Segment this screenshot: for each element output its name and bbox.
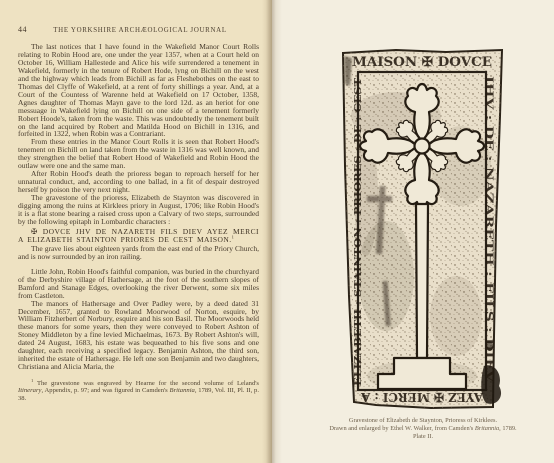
body-text-column: The last notices that I have found in th… [18, 43, 259, 402]
cross-shaft [416, 204, 428, 358]
footnote-italic-itinerary: Itinerary [18, 387, 41, 394]
border-text-left: ELIZABETH : STAINTON : PRIORES : DE : CE… [353, 78, 364, 386]
footnote-text-1: The gravestone was engraved by Hearne fo… [33, 380, 259, 387]
caption-line-2-italic: Britannia [475, 425, 499, 432]
running-head: 44 THE YORKSHIRE ARCHÆOLOGICAL JOURNAL [18, 25, 259, 34]
journal-title: THE YORKSHIRE ARCHÆOLOGICAL JOURNAL [27, 27, 259, 34]
footnote: 1 The gravestone was engraved by Hearne … [18, 380, 259, 402]
paragraph-grave-location: The grave lies about eighteen yards from… [18, 245, 259, 261]
book-spread-scan: 44 THE YORKSHIRE ARCHÆOLOGICAL JOURNAL T… [0, 0, 554, 463]
right-page: MAISON ✠ DOVCE IHV : DE : NAZARETH : FIL… [272, 0, 554, 463]
border-text-top: MAISON ✠ DOVCE [352, 55, 492, 70]
paragraph-wakefield-rolls: The last notices that I have found in th… [18, 43, 259, 138]
caption-line-2-text: Drawn and enlarged by Ethel W. Walker, f… [329, 425, 474, 432]
left-page: 44 THE YORKSHIRE ARCHÆOLOGICAL JOURNAL T… [0, 0, 272, 463]
epitaph-footnote-marker: 1 [232, 234, 235, 239]
caption-line-2-date: , 1789. [499, 425, 516, 432]
page-number: 44 [18, 25, 27, 34]
border-text-bottom: AYEZ ✠ MERCI : A [361, 390, 484, 405]
paragraph-gravestone-found: The gravestone of the prioress, Elizabet… [18, 194, 259, 226]
paragraph-prioress-remorse: After Robin Hood's death the prioress be… [18, 170, 259, 194]
footnote-text-2: , Appendix, p. 97; and was figured in Ca… [41, 387, 169, 394]
gravestone-plate: MAISON ✠ DOVCE IHV : DE : NAZARETH : FIL… [336, 46, 510, 414]
paragraph-entries: From these entries in the Manor Court Ro… [18, 138, 259, 170]
epitaph-text: ✠ DOVCE JHV DE NAZARETH FILS DIEV AYEZ M… [18, 228, 259, 244]
paragraph-hathersage-manors: The manors of Hathersage and Over Padley… [18, 300, 259, 372]
paragraph-little-john: Little John, Robin Hood's faithful compa… [18, 268, 259, 300]
plate-caption: Gravestone of Elizabeth de Staynton, Pri… [292, 417, 554, 442]
border-text-right: IHV : DE : NAZARETH : FILS : DIEV [483, 76, 495, 383]
epitaph-body: ✠ DOVCE JHV DE NAZARETH FILS DIEV AYEZ M… [18, 227, 259, 244]
caption-line-2: Drawn and enlarged by Ethel W. Walker, f… [292, 425, 554, 433]
footnote-italic-britannia: Britannia [170, 387, 195, 394]
caption-line-3: Plate II. [292, 433, 554, 441]
caption-line-1: Gravestone of Elizabeth de Staynton, Pri… [292, 417, 554, 425]
